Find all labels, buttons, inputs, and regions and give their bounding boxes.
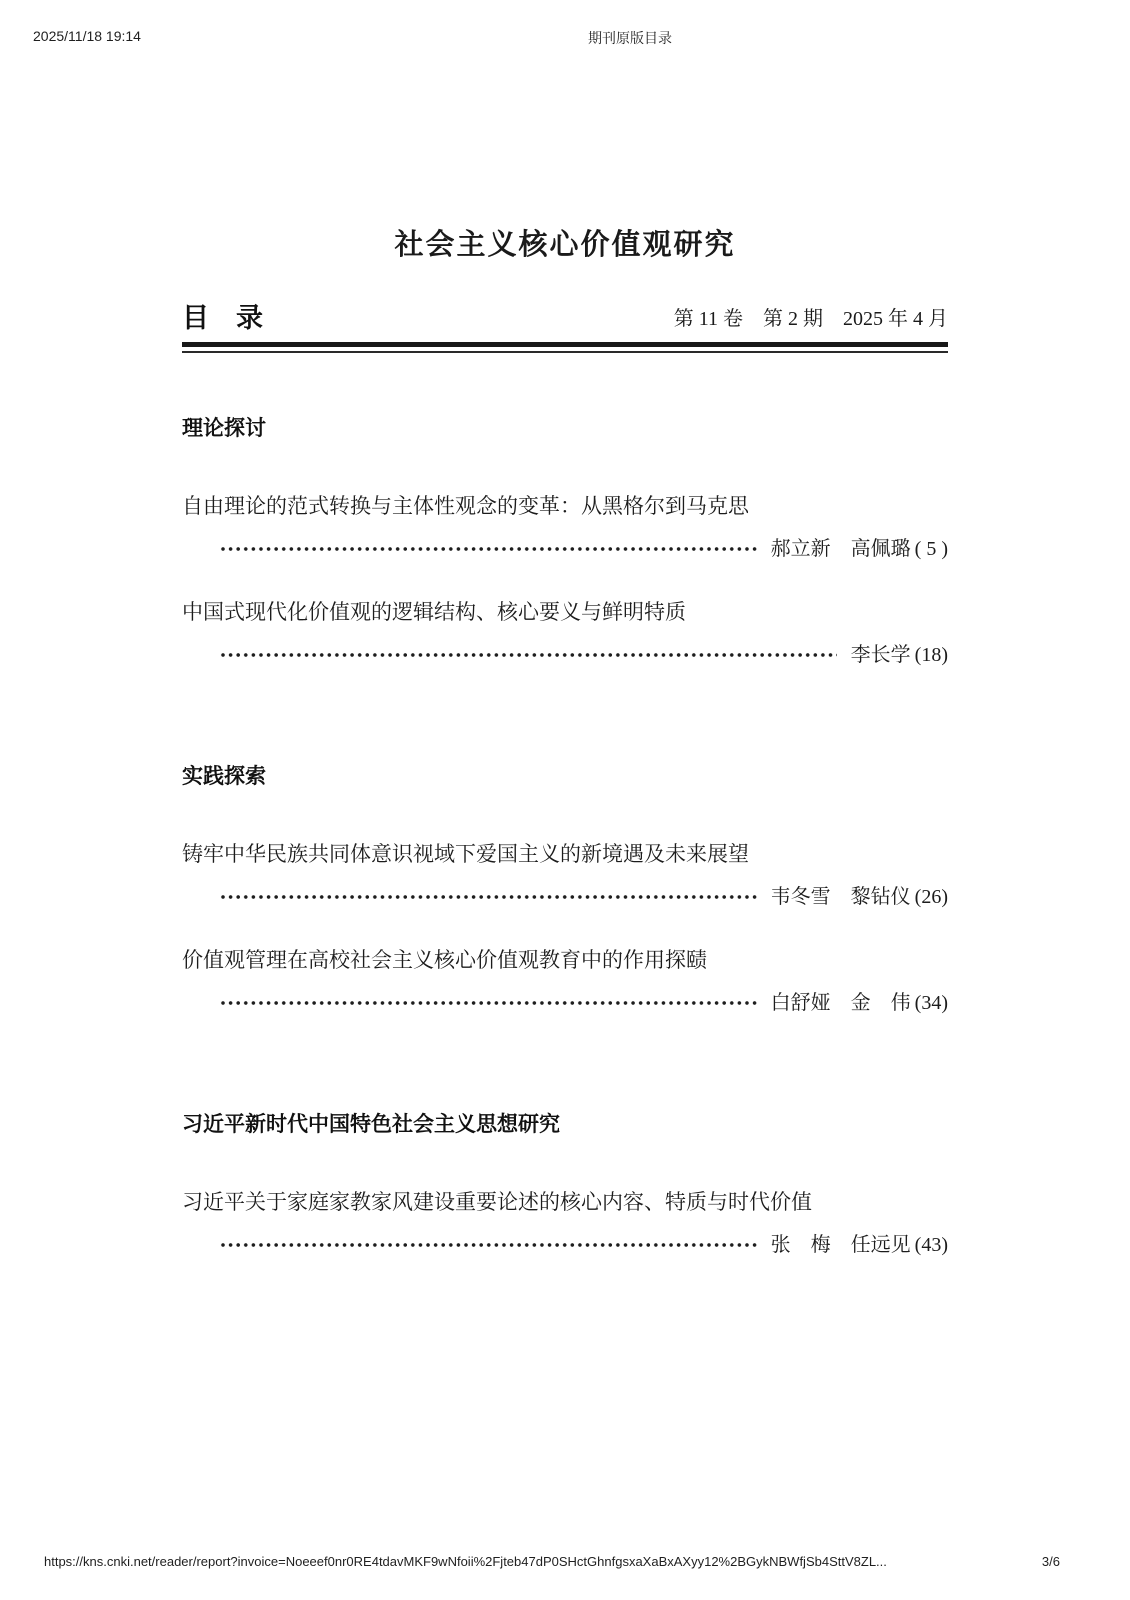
divider-thick-rule (182, 342, 948, 347)
toc-content: 社会主义核心价值观研究 目 录 第 11 卷 第 2 期 2025 年 4 月 … (182, 0, 948, 1259)
page-indicator: 3/6 (1042, 1554, 1060, 1569)
section-practice: 实践探索 铸牢中华民族共同体意识视域下爱国主义的新境遇及未来展望 韦冬雪 黎钻仪… (182, 765, 948, 1017)
journal-title: 社会主义核心价值观研究 (182, 229, 948, 261)
article-authors: 韦冬雪 黎钻仪 (771, 883, 911, 911)
article-page-number: (43) (915, 1231, 948, 1259)
source-url: https://kns.cnki.net/reader/report?invoi… (44, 1554, 887, 1569)
dots-leader (220, 546, 757, 552)
section-theory: 理论探讨 自由理论的范式转换与主体性观念的变革：从黑格尔到马克思 郝立新 高佩璐… (182, 417, 948, 669)
article-authors: 白舒娅 金 伟 (771, 989, 911, 1017)
print-page-title: 期刊原版目录 (588, 28, 672, 48)
article-page-number: (26) (915, 883, 948, 911)
article-entry: 自由理论的范式转换与主体性观念的变革：从黑格尔到马克思 郝立新 高佩璐 ( 5 … (182, 491, 948, 563)
article-title: 习近平关于家庭家教家风建设重要论述的核心内容、特质与时代价值 (182, 1187, 948, 1217)
print-header: 2025/11/18 19:14 期刊原版目录 (0, 28, 1130, 48)
article-authors: 李长学 (851, 641, 911, 669)
author-line: 张 梅 任远见 (43) (182, 1231, 948, 1259)
toc-header-row: 目 录 第 11 卷 第 2 期 2025 年 4 月 (182, 303, 948, 333)
article-entry: 铸牢中华民族共同体意识视域下爱国主义的新境遇及未来展望 韦冬雪 黎钻仪 (26) (182, 839, 948, 911)
article-title: 铸牢中华民族共同体意识视域下爱国主义的新境遇及未来展望 (182, 839, 948, 869)
section-heading: 习近平新时代中国特色社会主义思想研究 (182, 1113, 948, 1137)
author-line: 郝立新 高佩璐 ( 5 ) (182, 535, 948, 563)
article-entry: 价值观管理在高校社会主义核心价值观教育中的作用探赜 白舒娅 金 伟 (34) (182, 945, 948, 1017)
article-authors: 郝立新 高佩璐 (771, 535, 911, 563)
author-line: 韦冬雪 黎钻仪 (26) (182, 883, 948, 911)
toc-label: 目 录 (182, 303, 263, 333)
document-page: 2025/11/18 19:14 期刊原版目录 社会主义核心价值观研究 目 录 … (0, 0, 1130, 1600)
print-timestamp: 2025/11/18 19:14 (33, 28, 141, 44)
divider-thin-rule (182, 351, 948, 353)
print-footer: https://kns.cnki.net/reader/report?invoi… (0, 1554, 1130, 1572)
article-entry: 中国式现代化价值观的逻辑结构、核心要义与鲜明特质 李长学 (18) (182, 597, 948, 669)
article-title: 自由理论的范式转换与主体性观念的变革：从黑格尔到马克思 (182, 491, 948, 521)
dots-leader (220, 652, 837, 658)
author-line: 白舒娅 金 伟 (34) (182, 989, 948, 1017)
section-heading: 实践探索 (182, 765, 948, 789)
dots-leader (220, 1242, 757, 1248)
article-page-number: ( 5 ) (915, 535, 948, 563)
article-title: 价值观管理在高校社会主义核心价值观教育中的作用探赜 (182, 945, 948, 975)
issue-info: 第 11 卷 第 2 期 2025 年 4 月 (674, 305, 948, 333)
section-heading: 理论探讨 (182, 417, 948, 441)
section-xi-thought: 习近平新时代中国特色社会主义思想研究 习近平关于家庭家教家风建设重要论述的核心内… (182, 1113, 948, 1259)
article-authors: 张 梅 任远见 (771, 1231, 911, 1259)
article-title: 中国式现代化价值观的逻辑结构、核心要义与鲜明特质 (182, 597, 948, 627)
article-page-number: (34) (915, 989, 948, 1017)
article-entry: 习近平关于家庭家教家风建设重要论述的核心内容、特质与时代价值 张 梅 任远见 (… (182, 1187, 948, 1259)
author-line: 李长学 (18) (182, 641, 948, 669)
dots-leader (220, 894, 757, 900)
dots-leader (220, 1000, 757, 1006)
article-page-number: (18) (915, 641, 948, 669)
